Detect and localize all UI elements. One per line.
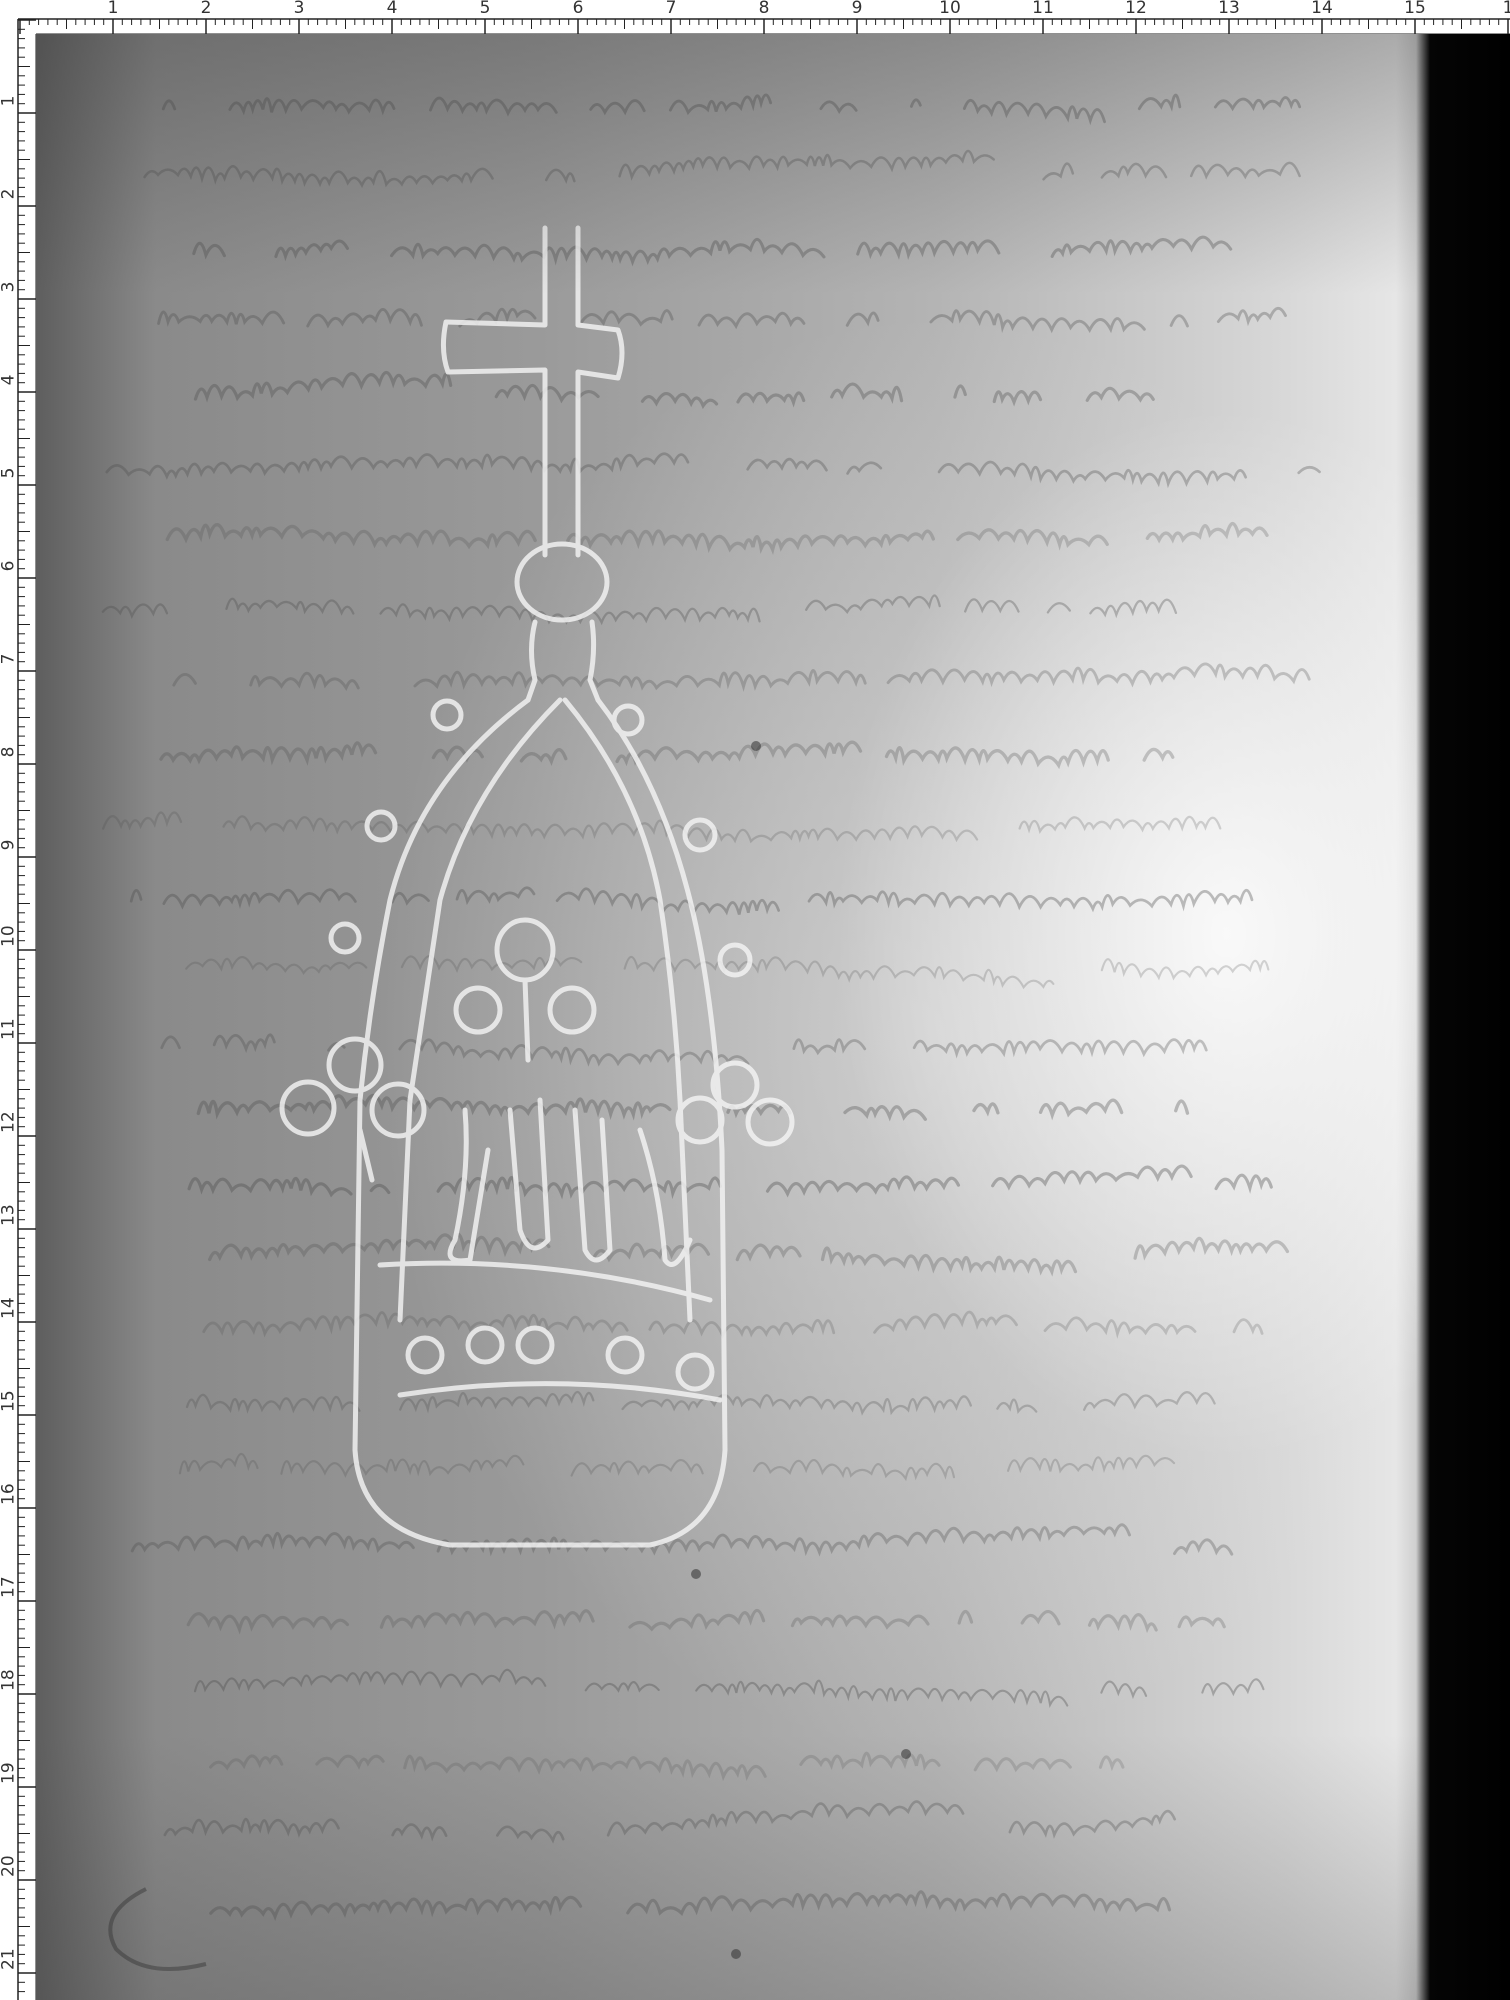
scanner-black-edge — [1416, 34, 1510, 2000]
document-scan — [36, 34, 1510, 2000]
scan-vignette — [36, 34, 1510, 2000]
